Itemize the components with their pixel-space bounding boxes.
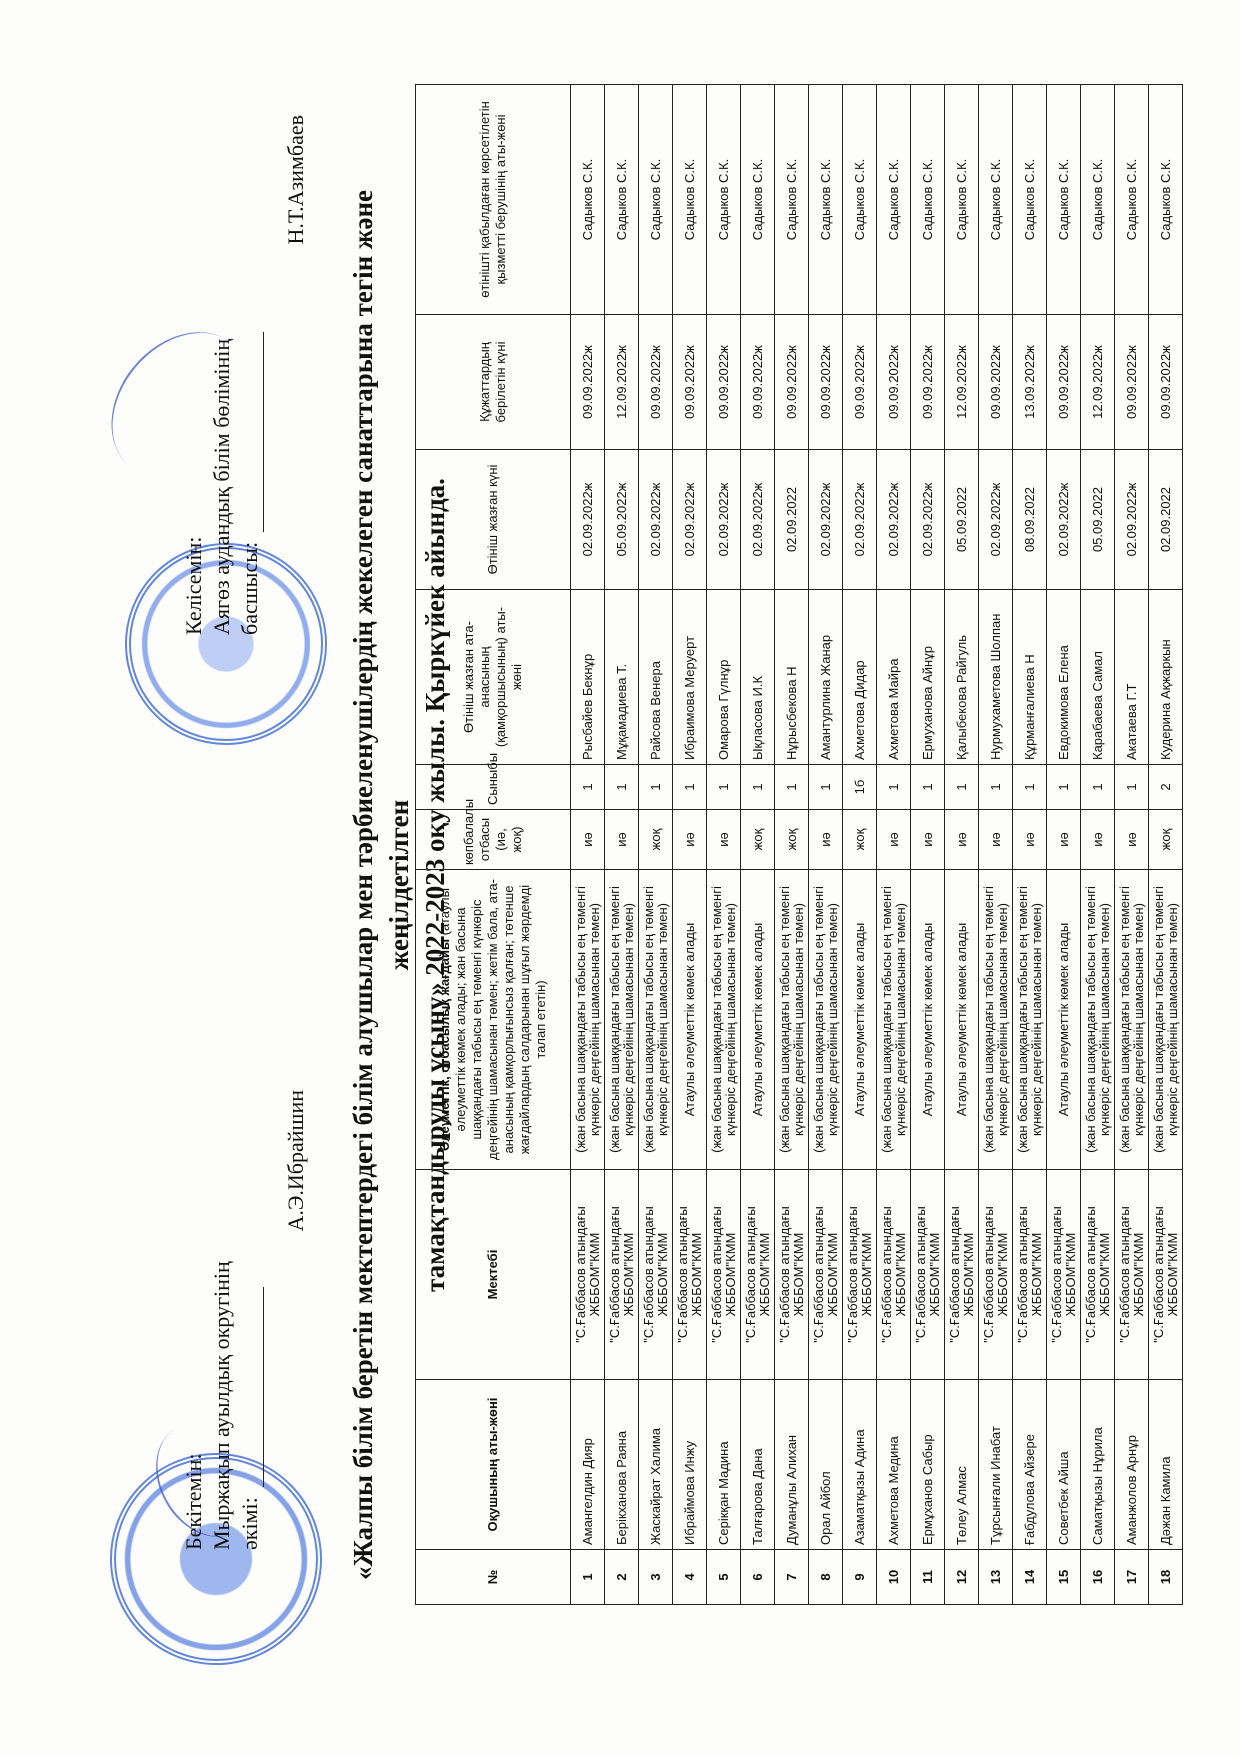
student-name: Серікқан Мадина (707, 1380, 741, 1550)
application-date: 02.09.2022ж (979, 450, 1013, 590)
student-name: Жаскайрат Халима (639, 1380, 673, 1550)
student-name: Орал Айбол (809, 1380, 843, 1550)
table-row: 18Дәжан Камила"С.Ғаббасов атындағы ЖББОМ… (1149, 85, 1183, 1605)
row-number: 8 (809, 1550, 843, 1605)
approval-role: әкімі: (236, 1090, 264, 1550)
application-date: 05.09.2022ж (605, 450, 639, 590)
provider-name: Садыков С.К. (979, 85, 1013, 315)
student-name: Ахметова Медина (877, 1380, 911, 1550)
provider-name: Садыков С.К. (1081, 85, 1115, 315)
issue-date: 09.09.2022ж (809, 315, 843, 450)
title-line-1: «Жалпы білім беретін мектептердегі білім… (345, 125, 417, 1645)
large-family-flag: иә (1115, 810, 1149, 870)
parent-name: Амантурлина Жанар (809, 590, 843, 765)
parent-name: Қалыбекова Райгуль (945, 590, 979, 765)
application-date: 02.09.2022 (775, 450, 809, 590)
application-date: 02.09.2022ж (639, 450, 673, 590)
register-table: № Оқушының аты-жөні Мектебі Әлеуметтік, … (415, 84, 1183, 1605)
table-row: 11Ермұханов Сабыр"С.Ғаббасов атындағы ЖБ… (911, 85, 945, 1605)
application-date: 02.09.2022ж (1047, 450, 1081, 590)
header-application-date: Өтініш жазған күні (416, 450, 571, 590)
parent-name: Мұқамадиева Т. (605, 590, 639, 765)
issue-date: 09.09.2022ж (877, 315, 911, 450)
school-name: "С.Ғаббасов атындағы ЖББОМ"КММ (877, 1170, 911, 1380)
parent-name: Карабаева Самал (1081, 590, 1115, 765)
grade: 1б (843, 765, 877, 810)
provider-name: Садыков С.К. (809, 85, 843, 315)
social-condition: Атаулы әлеуметтік көмек алады (673, 870, 707, 1170)
row-number: 1 (571, 1550, 605, 1605)
approval-block-left: Бекітемін: Мыржақып ауылдық округінің әк… (180, 1090, 310, 1550)
provider-name: Садыков С.К. (945, 85, 979, 315)
school-name: "С.Ғаббасов атындағы ЖББОМ"КММ (605, 1170, 639, 1380)
student-name: Тұрсынғали Инабат (979, 1380, 1013, 1550)
table-row: 15Советбек Айша"С.Ғаббасов атындағы ЖББО… (1047, 85, 1081, 1605)
grade: 1 (707, 765, 741, 810)
grade: 1 (775, 765, 809, 810)
student-name: Азаматқызы Адина (843, 1380, 877, 1550)
grade: 2 (1149, 765, 1183, 810)
row-number: 4 (673, 1550, 707, 1605)
application-date: 02.09.2022ж (571, 450, 605, 590)
parent-name: Ахметова Дидар (843, 590, 877, 765)
grade: 1 (911, 765, 945, 810)
table-row: 6Талғарова Дана"С.Ғаббасов атындағы ЖББО… (741, 85, 775, 1605)
application-date: 08.09.2022 (1013, 450, 1047, 590)
school-name: "С.Ғаббасов атындағы ЖББОМ"КММ (1149, 1170, 1183, 1380)
student-name: Советбек Айша (1047, 1380, 1081, 1550)
grade: 1 (1115, 765, 1149, 810)
parent-name: Ермуханова Айнұр (911, 590, 945, 765)
row-number: 10 (877, 1550, 911, 1605)
student-name: Дәжан Камила (1149, 1380, 1183, 1550)
large-family-flag: иә (809, 810, 843, 870)
parent-name: Омарова Гүлнұр (707, 590, 741, 765)
grade: 1 (877, 765, 911, 810)
parent-name: Нурмухаметова Шолпан (979, 590, 1013, 765)
large-family-flag: жоқ (741, 810, 775, 870)
provider-name: Садыков С.К. (911, 85, 945, 315)
large-family-flag: иә (1081, 810, 1115, 870)
provider-name: Садыков С.К. (673, 85, 707, 315)
social-condition: (жан басына шаққандағы табысы ең төменгі… (877, 870, 911, 1170)
student-name: Ғабдулова Айзере (1013, 1380, 1047, 1550)
social-condition: (жан басына шаққандағы табысы ең төменгі… (571, 870, 605, 1170)
large-family-flag: иә (571, 810, 605, 870)
school-name: "С.Ғаббасов атындағы ЖББОМ"КММ (571, 1170, 605, 1380)
issue-date: 12.09.2022ж (945, 315, 979, 450)
application-date: 02.09.2022ж (1115, 450, 1149, 590)
row-number: 5 (707, 1550, 741, 1605)
application-date: 02.09.2022 (1149, 450, 1183, 590)
grade: 1 (673, 765, 707, 810)
table-row: 3Жаскайрат Халима"С.Ғаббасов атындағы ЖБ… (639, 85, 673, 1605)
provider-name: Садыков С.К. (1013, 85, 1047, 315)
approval-org: Аягөз аудандық білім бөлімінің (208, 115, 236, 635)
school-name: "С.Ғаббасов атындағы ЖББОМ"КММ (673, 1170, 707, 1380)
row-number: 7 (775, 1550, 809, 1605)
table-row: 14Ғабдулова Айзере"С.Ғаббасов атындағы Ж… (1013, 85, 1047, 1605)
student-name: Саматқызы Нұрила (1081, 1380, 1115, 1550)
row-number: 14 (1013, 1550, 1047, 1605)
application-date: 02.09.2022ж (809, 450, 843, 590)
header-issue-date: Құжаттардың берілетін күні (416, 315, 571, 450)
social-condition: (жан басына шаққандағы табысы ең төменгі… (1115, 870, 1149, 1170)
table-row: 8Орал Айбол"С.Ғаббасов атындағы ЖББОМ"КМ… (809, 85, 843, 1605)
provider-name: Садыков С.К. (639, 85, 673, 315)
school-name: "С.Ғаббасов атындағы ЖББОМ"КММ (1081, 1170, 1115, 1380)
issue-date: 09.09.2022ж (1149, 315, 1183, 450)
grade: 1 (639, 765, 673, 810)
application-date: 02.09.2022ж (911, 450, 945, 590)
large-family-flag: жоқ (775, 810, 809, 870)
issue-date: 09.09.2022ж (639, 315, 673, 450)
approval-role: басшысы: (236, 115, 264, 635)
provider-name: Садыков С.К. (707, 85, 741, 315)
school-name: "С.Ғаббасов атындағы ЖББОМ"КММ (945, 1170, 979, 1380)
grade: 1 (1013, 765, 1047, 810)
header-large-family: көпбалалы отбасы (иә, жоқ) (416, 810, 571, 870)
student-name: Амангелдин Дияр (571, 1380, 605, 1550)
large-family-flag: иә (707, 810, 741, 870)
table-row: 5Серікқан Мадина"С.Ғаббасов атындағы ЖББ… (707, 85, 741, 1605)
grade: 1 (945, 765, 979, 810)
application-date: 05.09.2022 (1081, 450, 1115, 590)
parent-name: Құрманғалиева Н (1013, 590, 1047, 765)
school-name: "С.Ғаббасов атындағы ЖББОМ"КММ (1013, 1170, 1047, 1380)
provider-name: Садыков С.К. (571, 85, 605, 315)
header-student: Оқушының аты-жөні (416, 1380, 571, 1550)
header-no: № (416, 1550, 571, 1605)
parent-name: Райсова Венера (639, 590, 673, 765)
issue-date: 09.09.2022ж (1047, 315, 1081, 450)
application-date: 02.09.2022ж (741, 450, 775, 590)
table-row: 7Думанұлы Алихан"С.Ғаббасов атындағы ЖББ… (775, 85, 809, 1605)
parent-name: Ибраимова Меруерт (673, 590, 707, 765)
social-condition: (жан басына шаққандағы табысы ең төменгі… (979, 870, 1013, 1170)
social-condition: (жан басына шаққандағы табысы ең төменгі… (1081, 870, 1115, 1170)
school-name: "С.Ғаббасов атындағы ЖББОМ"КММ (639, 1170, 673, 1380)
provider-name: Садыков С.К. (775, 85, 809, 315)
table-row: 2Берікханова Раяна"С.Ғаббасов атындағы Ж… (605, 85, 639, 1605)
grade: 1 (741, 765, 775, 810)
row-number: 3 (639, 1550, 673, 1605)
approver-name: Н.Т.Азимбаев (282, 115, 310, 635)
table-row: 17Аманжолов Арнұр"С.Ғаббасов атындағы ЖБ… (1115, 85, 1149, 1605)
document-page: Бекітемін: Мыржақып ауылдық округінің әк… (0, 0, 1240, 1755)
issue-date: 09.09.2022ж (741, 315, 775, 450)
grade: 1 (571, 765, 605, 810)
approver-name: А.Э.Ибрайшин (282, 1090, 310, 1550)
approval-label: Бекітемін: (180, 1090, 208, 1550)
school-name: "С.Ғаббасов атындағы ЖББОМ"КММ (1115, 1170, 1149, 1380)
grade: 1 (809, 765, 843, 810)
school-name: "С.Ғаббасов атындағы ЖББОМ"КММ (775, 1170, 809, 1380)
table-row: 1Амангелдин Дияр"С.Ғаббасов атындағы ЖББ… (571, 85, 605, 1605)
issue-date: 13.09.2022ж (1013, 315, 1047, 450)
school-name: "С.Ғаббасов атындағы ЖББОМ"КММ (843, 1170, 877, 1380)
parent-name: Рысбайев Бекнұр (571, 590, 605, 765)
school-name: "С.Ғаббасов атындағы ЖББОМ"КММ (809, 1170, 843, 1380)
grade: 1 (605, 765, 639, 810)
social-condition: (жан басына шаққандағы табысы ең төменгі… (605, 870, 639, 1170)
application-date: 02.09.2022ж (673, 450, 707, 590)
parent-name: Евдокимова Елена (1047, 590, 1081, 765)
issue-date: 09.09.2022ж (843, 315, 877, 450)
large-family-flag: жоқ (639, 810, 673, 870)
student-name: Төлеу Алмас (945, 1380, 979, 1550)
grade: 1 (1081, 765, 1115, 810)
large-family-flag: иә (877, 810, 911, 870)
large-family-flag: иә (911, 810, 945, 870)
row-number: 16 (1081, 1550, 1115, 1605)
table-row: 16Саматқызы Нұрила"С.Ғаббасов атындағы Ж… (1081, 85, 1115, 1605)
social-condition: Атаулы әлеуметтік көмек алады (741, 870, 775, 1170)
large-family-flag: жоқ (843, 810, 877, 870)
row-number: 18 (1149, 1550, 1183, 1605)
issue-date: 09.09.2022ж (979, 315, 1013, 450)
approval-label: Келісемін: (180, 115, 208, 635)
header-school: Мектебі (416, 1170, 571, 1380)
provider-name: Садыков С.К. (843, 85, 877, 315)
header-provider: өтінішті қабылдаған көрсетілетін қызметт… (416, 85, 571, 315)
application-date: 02.09.2022ж (843, 450, 877, 590)
parent-name: Кудерина Ақжаркын (1149, 590, 1183, 765)
social-condition: (жан басына шаққандағы табысы ең төменгі… (775, 870, 809, 1170)
social-condition: Атаулы әлеуметтік көмек алады (1047, 870, 1081, 1170)
grade: 1 (1047, 765, 1081, 810)
school-name: "С.Ғаббасов атындағы ЖББОМ"КММ (707, 1170, 741, 1380)
table-row: 13Тұрсынғали Инабат"С.Ғаббасов атындағы … (979, 85, 1013, 1605)
table-row: 9Азаматқызы Адина"С.Ғаббасов атындағы ЖБ… (843, 85, 877, 1605)
row-number: 2 (605, 1550, 639, 1605)
issue-date: 09.09.2022ж (1115, 315, 1149, 450)
provider-name: Садыков С.К. (605, 85, 639, 315)
social-condition: Атаулы әлеуметтік көмек алады (945, 870, 979, 1170)
issue-date: 09.09.2022ж (775, 315, 809, 450)
parent-name: Нұрысбекова Н (775, 590, 809, 765)
table-row: 10Ахметова Медина"С.Ғаббасов атындағы ЖБ… (877, 85, 911, 1605)
row-number: 17 (1115, 1550, 1149, 1605)
parent-name: Ахметова Майра (877, 590, 911, 765)
table-row: 12Төлеу Алмас"С.Ғаббасов атындағы ЖББОМ"… (945, 85, 979, 1605)
provider-name: Садыков С.К. (877, 85, 911, 315)
large-family-flag: иә (979, 810, 1013, 870)
large-family-flag: иә (1013, 810, 1047, 870)
application-date: 02.09.2022ж (707, 450, 741, 590)
issue-date: 09.09.2022ж (673, 315, 707, 450)
application-date: 05.09.2022 (945, 450, 979, 590)
provider-name: Садыков С.К. (1047, 85, 1081, 315)
row-number: 6 (741, 1550, 775, 1605)
large-family-flag: иә (945, 810, 979, 870)
parent-name: Акатаева Г.Т (1115, 590, 1149, 765)
social-condition: Атаулы әлеуметтік көмек алады (843, 870, 877, 1170)
social-condition: Атаулы әлеуметтік көмек алады (911, 870, 945, 1170)
social-condition: (жан басына шаққандағы табысы ең төменгі… (639, 870, 673, 1170)
school-name: "С.Ғаббасов атындағы ЖББОМ"КММ (741, 1170, 775, 1380)
school-name: "С.Ғаббасов атындағы ЖББОМ"КММ (1047, 1170, 1081, 1380)
issue-date: 09.09.2022ж (571, 315, 605, 450)
issue-date: 12.09.2022ж (605, 315, 639, 450)
school-name: "С.Ғаббасов атындағы ЖББОМ"КММ (911, 1170, 945, 1380)
large-family-flag: иә (673, 810, 707, 870)
social-condition: (жан басына шаққандағы табысы ең төменгі… (809, 870, 843, 1170)
header-condition: Әлеуметтік, отбасылық жағдайы (атаулы әл… (416, 870, 571, 1170)
row-number: 9 (843, 1550, 877, 1605)
provider-name: Садыков С.К. (1115, 85, 1149, 315)
student-name: Берікханова Раяна (605, 1380, 639, 1550)
provider-name: Садыков С.К. (1149, 85, 1183, 315)
student-name: Талғарова Дана (741, 1380, 775, 1550)
row-number: 11 (911, 1550, 945, 1605)
student-name: Ибраймова Инжу (673, 1380, 707, 1550)
student-name: Аманжолов Арнұр (1115, 1380, 1149, 1550)
row-number: 12 (945, 1550, 979, 1605)
application-date: 02.09.2022ж (877, 450, 911, 590)
social-condition: (жан басына шаққандағы табысы ең төменгі… (707, 870, 741, 1170)
table-header-row: № Оқушының аты-жөні Мектебі Әлеуметтік, … (416, 85, 571, 1605)
large-family-flag: жоқ (1149, 810, 1183, 870)
social-condition: (жан басына шаққандағы табысы ең төменгі… (1013, 870, 1047, 1170)
social-condition: (жан басына шаққандағы табысы ең төменгі… (1149, 870, 1183, 1170)
row-number: 15 (1047, 1550, 1081, 1605)
parent-name: Ықласова И.К (741, 590, 775, 765)
issue-date: 09.09.2022ж (911, 315, 945, 450)
large-family-flag: иә (1047, 810, 1081, 870)
grade: 1 (979, 765, 1013, 810)
header-parent: Өтініш жазған ата-анасының (қамқоршысыны… (416, 590, 571, 765)
table-row: 4Ибраймова Инжу"С.Ғаббасов атындағы ЖББО… (673, 85, 707, 1605)
header-grade: Сыныбы (416, 765, 571, 810)
issue-date: 09.09.2022ж (707, 315, 741, 450)
school-name: "С.Ғаббасов атындағы ЖББОМ"КММ (979, 1170, 1013, 1380)
row-number: 13 (979, 1550, 1013, 1605)
approval-org: Мыржақып ауылдық округінің (208, 1090, 236, 1550)
student-name: Думанұлы Алихан (775, 1380, 809, 1550)
provider-name: Садыков С.К. (741, 85, 775, 315)
student-name: Ермұханов Сабыр (911, 1380, 945, 1550)
large-family-flag: иә (605, 810, 639, 870)
issue-date: 12.09.2022ж (1081, 315, 1115, 450)
approval-block-right: Келісемін: Аягөз аудандық білім бөліміні… (180, 115, 310, 635)
